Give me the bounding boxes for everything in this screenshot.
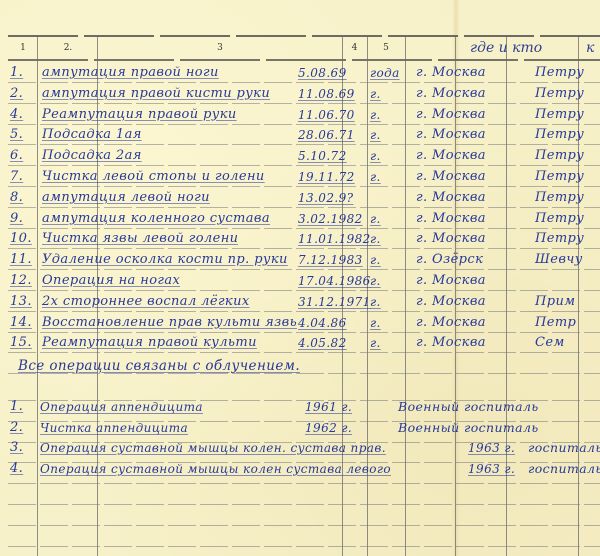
operation-number: 15. <box>10 334 36 352</box>
operation-number: 12. <box>10 272 36 290</box>
operation-number: 5. <box>10 126 36 144</box>
row-rule <box>8 228 600 229</box>
column-header-4: 4 <box>342 38 367 58</box>
other-operation-number: 2. <box>10 419 36 437</box>
row-rule <box>8 352 600 353</box>
operation-date: 31.12.1971 <box>298 293 371 311</box>
column-rule <box>37 36 38 556</box>
other-operation-description: Операция суставной мышцы колен. сустава … <box>40 439 386 457</box>
other-operation-place: Военный госпиталь <box>398 419 539 437</box>
row-rule <box>8 124 600 125</box>
row-rule <box>8 248 600 249</box>
column-header-1: 1 <box>8 38 38 58</box>
row-rule <box>8 546 600 547</box>
other-operation-number: 1. <box>10 398 36 416</box>
operation-number: 13. <box>10 293 36 311</box>
operation-date: 17.04.1986 <box>298 272 371 290</box>
operation-surgeon: Петр <box>535 314 576 332</box>
operation-city: г. Москва <box>416 147 486 165</box>
operation-city: г. Москва <box>416 210 486 228</box>
row-rule <box>8 186 600 187</box>
operation-date: 13.02.9? <box>298 189 353 207</box>
other-operation-description: Чистка аппендицита <box>40 419 188 437</box>
operation-city: г. Москва <box>416 189 486 207</box>
operation-number: 14. <box>10 314 36 332</box>
operation-city: г. Москва <box>416 168 486 186</box>
operation-description: ампутация правой ноги <box>42 64 219 82</box>
row-rule <box>8 103 600 104</box>
operation-date-unit: г. <box>370 85 381 103</box>
row-rule <box>8 269 600 270</box>
operation-surgeon: Петру <box>535 210 584 228</box>
operation-city: г. Москва <box>416 334 486 352</box>
operation-description: ампутация левой ноги <box>42 189 210 207</box>
operation-surgeon: Петру <box>535 106 584 124</box>
other-operation-description: Операция суставной мышцы колен сустава л… <box>40 460 391 478</box>
other-operation-year: 1962 г. <box>305 419 352 437</box>
operation-city: г. Москва <box>416 85 486 103</box>
operation-description: Чистка левой стопы и голени <box>42 168 265 186</box>
row-rule <box>8 82 600 83</box>
operation-surgeon: Петру <box>535 168 584 186</box>
operation-date: 5.10.72 <box>298 147 347 165</box>
operation-number: 9. <box>10 210 36 228</box>
operation-date-unit: г. <box>370 251 381 269</box>
operation-surgeon: Петру <box>535 189 584 207</box>
operation-description: Подсадка 1ая <box>42 126 142 144</box>
operation-date-unit: года <box>370 64 400 82</box>
operation-city: г. Москва <box>416 126 486 144</box>
operation-date-unit: г. <box>370 334 381 352</box>
column-rule <box>506 36 507 556</box>
operation-description: 2х стороннее воспал лёгких <box>42 293 250 311</box>
row-rule <box>8 144 600 145</box>
column-header-5: 5 <box>367 38 405 58</box>
operation-surgeon: Прим <box>535 293 575 311</box>
operation-date: 4.05.82 <box>298 334 347 352</box>
operation-number: 1. <box>10 64 36 82</box>
operation-surgeon: Сем <box>535 334 565 352</box>
operation-number: 8. <box>10 189 36 207</box>
operation-number: 6. <box>10 147 36 165</box>
operation-date-unit: г. <box>370 210 381 228</box>
operation-description: ампутация правой кисти руки <box>42 85 270 103</box>
column-rule <box>405 36 406 556</box>
operation-number: 4. <box>10 106 36 124</box>
operation-date-unit: г. <box>370 230 381 248</box>
row-rule <box>8 332 600 333</box>
other-operation-year: 1963 г. <box>468 439 515 457</box>
other-operation-place: госпиталь <box>528 460 600 478</box>
row-rule <box>8 504 600 505</box>
operation-description: Реампутация правой культи <box>42 334 257 352</box>
operation-city: г. Москва <box>416 272 486 290</box>
other-operation-number: 3. <box>10 439 36 457</box>
other-operation-year: 1963 г. <box>468 460 515 478</box>
operation-city: г. Озёрск <box>416 251 483 269</box>
other-operation-number: 4. <box>10 460 36 478</box>
operation-date-unit: г. <box>370 106 381 124</box>
operation-surgeon: Шевчу <box>535 251 583 269</box>
operation-description: Реампутация правой руки <box>42 106 237 124</box>
column-header-2: 2. <box>38 38 98 58</box>
operation-city: г. Москва <box>416 106 486 124</box>
operation-description: Операция на ногах <box>42 272 180 290</box>
operation-surgeon: Петру <box>535 147 584 165</box>
operation-description: Чистка язвы левой голени <box>42 230 238 248</box>
operation-city: г. Москва <box>416 293 486 311</box>
operation-city: г. Москва <box>416 314 486 332</box>
operation-date-unit: г. <box>370 147 381 165</box>
other-operation-place: госпиталь <box>528 439 600 457</box>
other-operation-place: Военный госпиталь <box>398 398 539 416</box>
other-operation-year: 1961 г. <box>305 398 352 416</box>
operation-city: г. Москва <box>416 64 486 82</box>
operation-number: 10. <box>10 230 36 248</box>
operation-date: 28.06.71 <box>298 126 355 144</box>
operation-date: 7.12.1983 <box>298 251 363 269</box>
operation-date-unit: г. <box>370 293 381 311</box>
operation-description: ампутация коленного сустава <box>42 210 270 228</box>
operation-city: г. Москва <box>416 230 486 248</box>
operation-date: 3.02.1982 <box>298 210 363 228</box>
operation-date-unit: г. <box>370 126 381 144</box>
operation-date: 5.08.69 <box>298 64 347 82</box>
column-header-3: 3 <box>98 38 342 58</box>
row-rule <box>8 290 600 291</box>
row-rule <box>8 525 600 526</box>
operation-date-unit: г. <box>370 168 381 186</box>
row-rule <box>8 207 600 208</box>
operation-date: 11.06.70 <box>298 106 355 124</box>
operation-surgeon: Петру <box>535 230 584 248</box>
operation-number: 2. <box>10 85 36 103</box>
operation-number: 11. <box>10 251 36 269</box>
operation-surgeon: Петру <box>535 85 584 103</box>
radiation-note: Все операции связаны с облучением. <box>18 357 300 375</box>
operation-number: 7. <box>10 168 36 186</box>
operation-surgeon: Петру <box>535 126 584 144</box>
row-rule <box>8 165 600 166</box>
row-rule <box>8 311 600 312</box>
operation-date: 4.04.86 <box>298 314 347 332</box>
row-rule <box>8 483 600 484</box>
column-header-extra: к <box>586 37 594 59</box>
operation-date-unit: г. <box>370 272 381 290</box>
operation-surgeon: Петру <box>535 64 584 82</box>
operation-date: 11.08.69 <box>298 85 355 103</box>
operation-date: 11.01.1982 <box>298 230 371 248</box>
operation-description: Восстановление прав культи язвы <box>42 314 297 332</box>
operation-date-unit: г. <box>370 314 381 332</box>
other-operation-description: Операция аппендицита <box>40 398 203 416</box>
operation-description: Подсадка 2ая <box>42 147 142 165</box>
operation-description: Удаление осколка кости пр. руки <box>42 251 288 269</box>
operation-date: 19.11.72 <box>298 168 355 186</box>
